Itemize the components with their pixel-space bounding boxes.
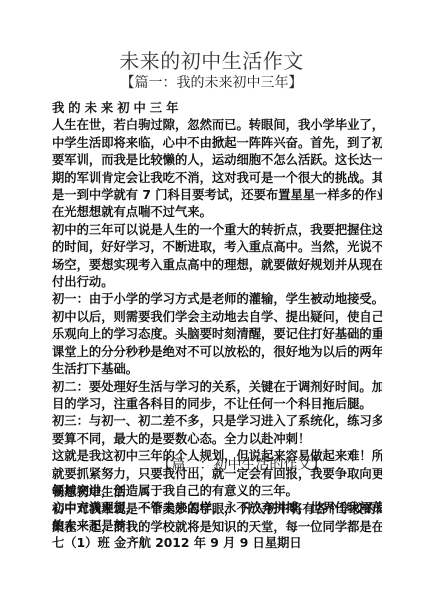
paragraph-line: 课堂上的分分秒秒是绝对不可以放松的，很好地为以后的两年初中	[52, 344, 382, 361]
essay-2-title: 畅想初中生活	[52, 484, 382, 501]
paragraph-line: 初中对我来说是一个美妙的字眼， 升入初中将有各个学校的同学汇	[52, 501, 382, 518]
section-1-heading: 【篇一：我的未来初中三年】	[0, 74, 423, 92]
signature-line: 七（1）班 金齐航 2012 年 9 月 9 日星期日	[52, 535, 382, 552]
paragraph-line: 是一到中学就有 7 门科目要考试，还要布置星星一样多的作业，现	[52, 187, 382, 204]
paragraph-line: 初二：要处理好生活与学习的关系，关键在于调剂好时间。加强科	[52, 379, 382, 396]
document-title: 未来的初中生活作文	[0, 49, 423, 73]
paragraph-line: 期的军训肯定会让我吃不消，这对我可是一个很大的挑战。其次，	[52, 170, 382, 187]
paragraph-line: 集在一起，而我的学校就将是知识的天堂，每一位同学都是在正在	[52, 519, 382, 536]
paragraph-line: 要军训，而我是比较懒的人，运动细胞不怎么活跃。这长达一个星	[52, 152, 382, 169]
paragraph-line: 中学生活即将来临，心中不由掀起一阵阵兴奋。首先，到了初中就	[52, 135, 382, 152]
section-2-body: 畅想初中生活 初中对我来说是一个美妙的字眼， 升入初中将有各个学校的同学汇 集在…	[52, 484, 382, 536]
paragraph-line: 初中以后，则需要我们学会主动地去自学、提出疑问，使自己形成	[52, 309, 382, 326]
paragraph-line: 场空，要想实现考入重点高中的理想，就要做好规划并从现在开始	[52, 257, 382, 274]
paragraph-line: 在光想想就有点喘不过气来。	[52, 204, 382, 221]
essay-1-title: 我的未来初中三年	[52, 100, 382, 117]
paragraph-line: 乐观向上的学习态度。头脑要时刻清醒，要记住打好基础的重要性，	[52, 326, 382, 343]
paragraph-line: 初一：由于小学的学习方式是老师的灌输，学生被动地接受。步入	[52, 291, 382, 308]
paragraph-line: 目的学习，注重各科目的同步，不让任何一个科目拖后腿。	[52, 396, 382, 413]
paragraph-line: 要算不同，最大的是要数心态。全力以赴冲刺！	[52, 431, 382, 448]
paragraph-line: 初三：与初一、初二差不多，只是学习进入了系统化，练习多了些，	[52, 413, 382, 430]
section-2-heading: 【篇二：初中生活的作文】	[30, 456, 423, 474]
document-page: 未来的初中生活作文 【篇一：我的未来初中三年】 我的未来初中三年 人生在世，若白…	[0, 0, 423, 600]
paragraph-line: 初中的三年可以说是人生的一个重大的转折点，我要把握住这三年	[52, 222, 382, 239]
paragraph-line: 付出行动。	[52, 274, 382, 291]
paragraph-line: 人生在世，若白驹过隙，忽然而已。转眼间，我小学毕业了，新的	[52, 117, 382, 134]
paragraph-line: 的时间，好好学习，不断进取，考入重点高中。当然，光说不练一	[52, 239, 382, 256]
paragraph-line: 生活打下基础。	[52, 361, 382, 378]
